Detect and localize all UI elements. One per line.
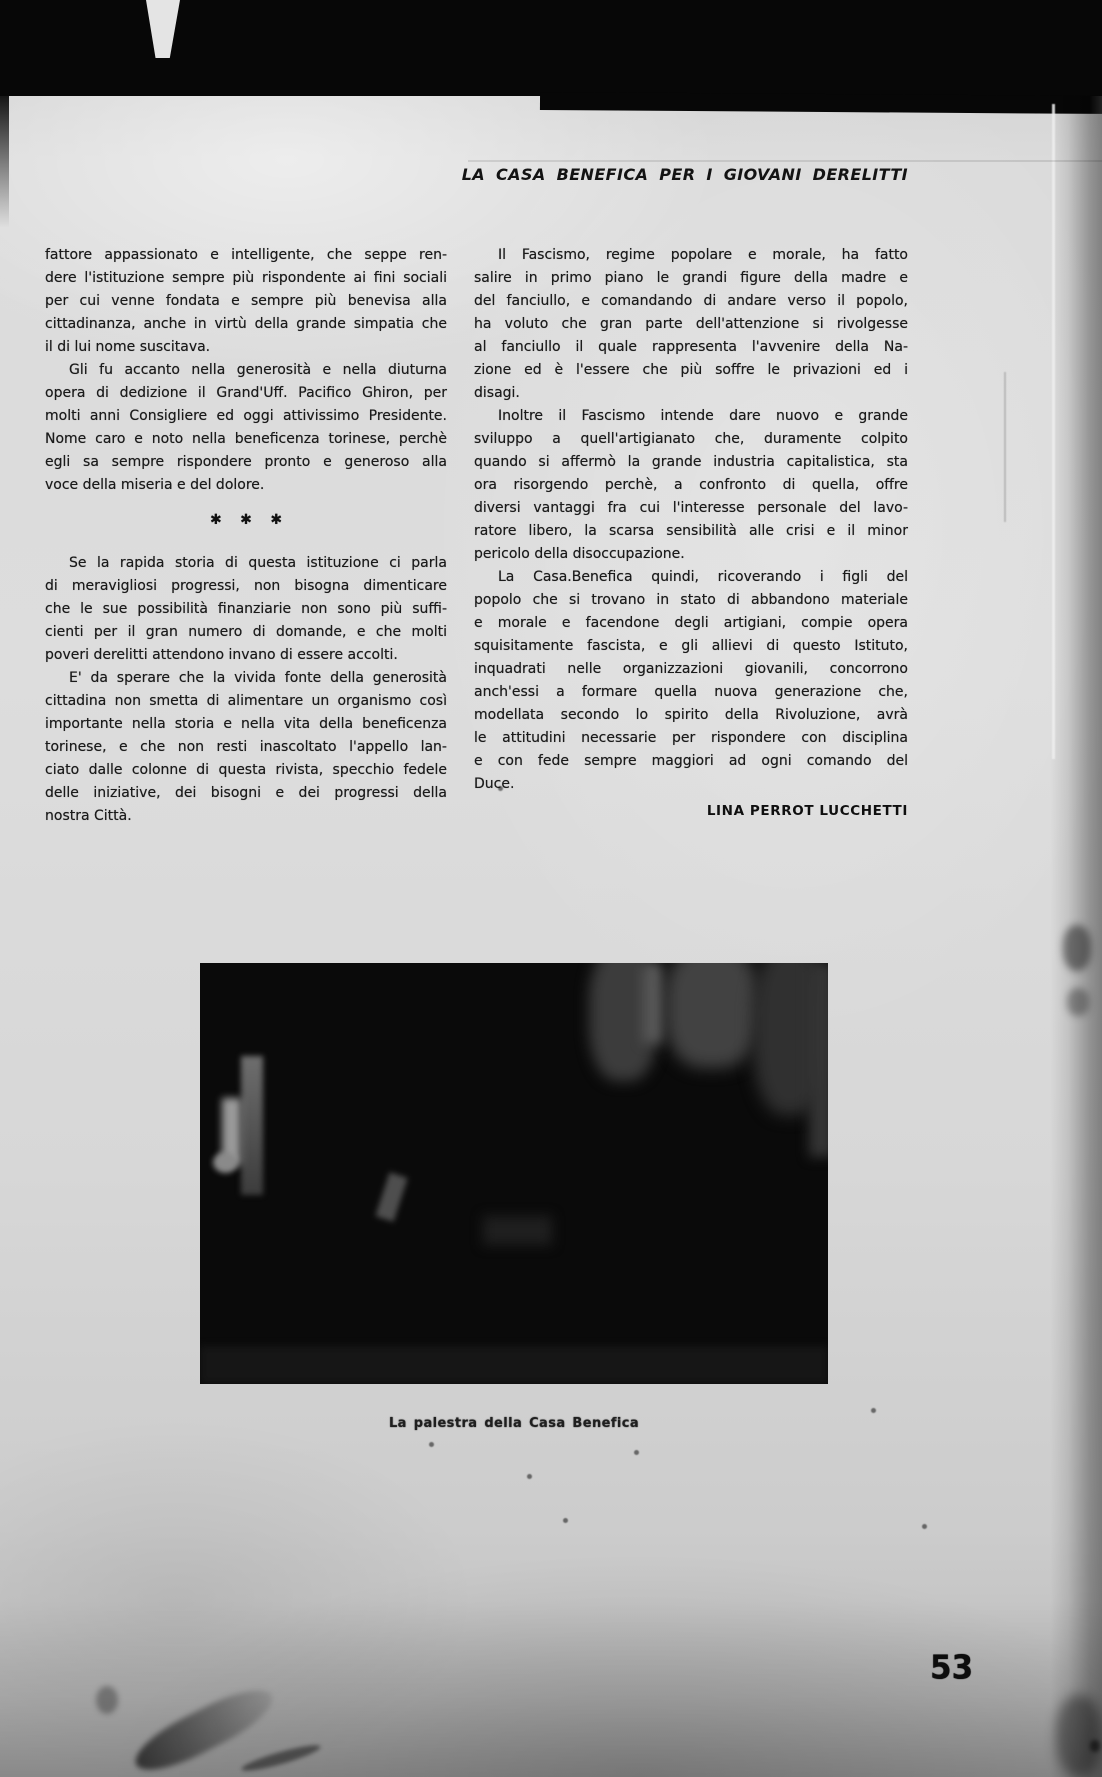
scan-white-scratch-line (1052, 104, 1055, 759)
text-line: voce della miseria e del dolore. (45, 474, 447, 497)
text-line: La Casa.Benefica quindi, ricoverando i f… (474, 566, 908, 589)
text-line: ratore libero, la scarsa sensibilità all… (474, 520, 908, 543)
text-line: che le sue possibilità finanziarie non s… (45, 598, 447, 621)
text-line: opera di dedizione il Grand'Uff. Pacific… (45, 382, 447, 405)
paragraph: Se la rapida storia di questa istituzion… (45, 552, 447, 667)
scan-ink-blot (1063, 925, 1091, 971)
photo-edge-highlight (809, 963, 828, 1157)
text-line: per cui venne fondata e sempre più benev… (45, 290, 447, 313)
scanned-magazine-page: LA CASA BENEFICA PER I GIOVANI DERELITTI… (0, 0, 1102, 1777)
article-left-column: fattore appassionato e intelligente, che… (45, 244, 447, 828)
paragraph: Il Fascismo, regime popolare e morale, h… (474, 244, 908, 405)
text-line: sviluppo a quell'artigianato che, durame… (474, 428, 908, 451)
text-line: al fanciullo il quale rappresenta l'avve… (474, 336, 908, 359)
text-line: importante nella storia e nella vita del… (45, 713, 447, 736)
scan-speck (429, 1442, 434, 1447)
scan-ink-blot (1067, 988, 1089, 1016)
text-line: cittadinanza, anche in virtù della grand… (45, 313, 447, 336)
text-line: disagi. (474, 382, 908, 405)
text-line: Duce. (474, 773, 908, 796)
text-line: torinese, e che non resti inascoltato l'… (45, 736, 447, 759)
text-line: Nome caro e noto nella beneficenza torin… (45, 428, 447, 451)
text-line: quando si affermò la grande industria ca… (474, 451, 908, 474)
paragraph: Inoltre il Fascismo intende dare nuovo e… (474, 405, 908, 566)
photo-light-column (241, 1056, 263, 1195)
scan-crease-line (468, 160, 1102, 162)
text-line: ha voluto che gran parte dell'attenzione… (474, 313, 908, 336)
text-line: popolo che si trovano in stato di abband… (474, 589, 908, 612)
text-line: del fanciullo, e comandando di andare ve… (474, 290, 908, 313)
paragraph: E' da sperare che la vivida fonte della … (45, 667, 447, 828)
text-line: poveri derelitti attendono invano di ess… (45, 644, 447, 667)
page-number: 53 (930, 1649, 973, 1687)
text-line: il di lui nome suscitava. (45, 336, 447, 359)
text-line: cienti per il gran numero di domande, e … (45, 621, 447, 644)
scan-vertical-mark (1004, 372, 1006, 522)
text-line: ora risorgendo perchè, a confronto di qu… (474, 474, 908, 497)
text-line: Il Fascismo, regime popolare e morale, h… (474, 244, 908, 267)
text-line: Inoltre il Fascismo intende dare nuovo e… (474, 405, 908, 428)
scan-speck (634, 1450, 639, 1455)
text-line: zione ed è l'essere che più soffre le pr… (474, 359, 908, 382)
running-head-title: LA CASA BENEFICA PER I GIOVANI DERELITTI (0, 165, 908, 184)
text-line: anch'essi a formare quella nuova generaz… (474, 681, 908, 704)
text-line: pericolo della disoccupazione. (474, 543, 908, 566)
photo-floor-shade (200, 1346, 828, 1384)
paragraph: fattore appassionato e intelligente, che… (45, 244, 447, 359)
text-line: ciato dalle colonne di questa rivista, s… (45, 759, 447, 782)
photo-bright-spot (213, 1152, 238, 1173)
text-line: diversi vantaggi fra cui l'interesse per… (474, 497, 908, 520)
photo-caption: La palestra della Casa Benefica (200, 1416, 828, 1431)
scan-speck (563, 1518, 568, 1523)
article-right-column: Il Fascismo, regime popolare e morale, h… (474, 244, 908, 796)
text-line: inquadrati nelle organizzazioni giovanil… (474, 658, 908, 681)
text-line: fattore appassionato e intelligente, che… (45, 244, 447, 267)
text-line: Gli fu accanto nella generosità e nella … (45, 359, 447, 382)
text-line: delle iniziative, dei bisogni e dei prog… (45, 782, 447, 805)
text-line: E' da sperare che la vivida fonte della … (45, 667, 447, 690)
scan-top-band-extension (540, 92, 1102, 114)
text-line: modellata secondo lo spirito della Rivol… (474, 704, 908, 727)
text-line: cittadina non smetta di alimentare un or… (45, 690, 447, 713)
scan-corner-smudge (96, 1686, 118, 1714)
section-separator: ✱ ✱ ✱ (45, 509, 447, 532)
photo-dark-silhouette (665, 963, 759, 1068)
photo-faint-mark (375, 1172, 407, 1222)
text-line: Se la rapida storia di questa istituzion… (45, 552, 447, 575)
text-line: molti anni Consigliere ed oggi attivissi… (45, 405, 447, 428)
scan-left-edge-sliver (0, 96, 9, 228)
text-line: e morale e facendone degli artigiani, co… (474, 612, 908, 635)
scan-speck (922, 1524, 927, 1529)
text-line: egli sa sempre rispondere pronto e gener… (45, 451, 447, 474)
paragraph: La Casa.Benefica quindi, ricoverando i f… (474, 566, 908, 796)
text-line: salire in primo piano le grandi figure d… (474, 267, 908, 290)
gymnasium-photo (200, 963, 828, 1384)
text-line: le attitudini necessarie per rispondere … (474, 727, 908, 750)
text-line: dere l'istituzione sempre più rispondent… (45, 267, 447, 290)
scan-speck (527, 1474, 532, 1479)
text-line: e con fede sempre maggiori ad ogni coman… (474, 750, 908, 773)
scan-speck (871, 1408, 876, 1413)
author-signature: LINA PERROT LUCCHETTI (474, 803, 908, 819)
photo-faint-glow (483, 1216, 552, 1245)
paragraph: Gli fu accanto nella generosità e nella … (45, 359, 447, 497)
text-line: nostra Città. (45, 805, 447, 828)
text-line: squisitamente fascista, e gli allievi di… (474, 635, 908, 658)
text-line: di meravigliosi progressi, non bisogna d… (45, 575, 447, 598)
photo-light-gap (643, 963, 662, 1043)
